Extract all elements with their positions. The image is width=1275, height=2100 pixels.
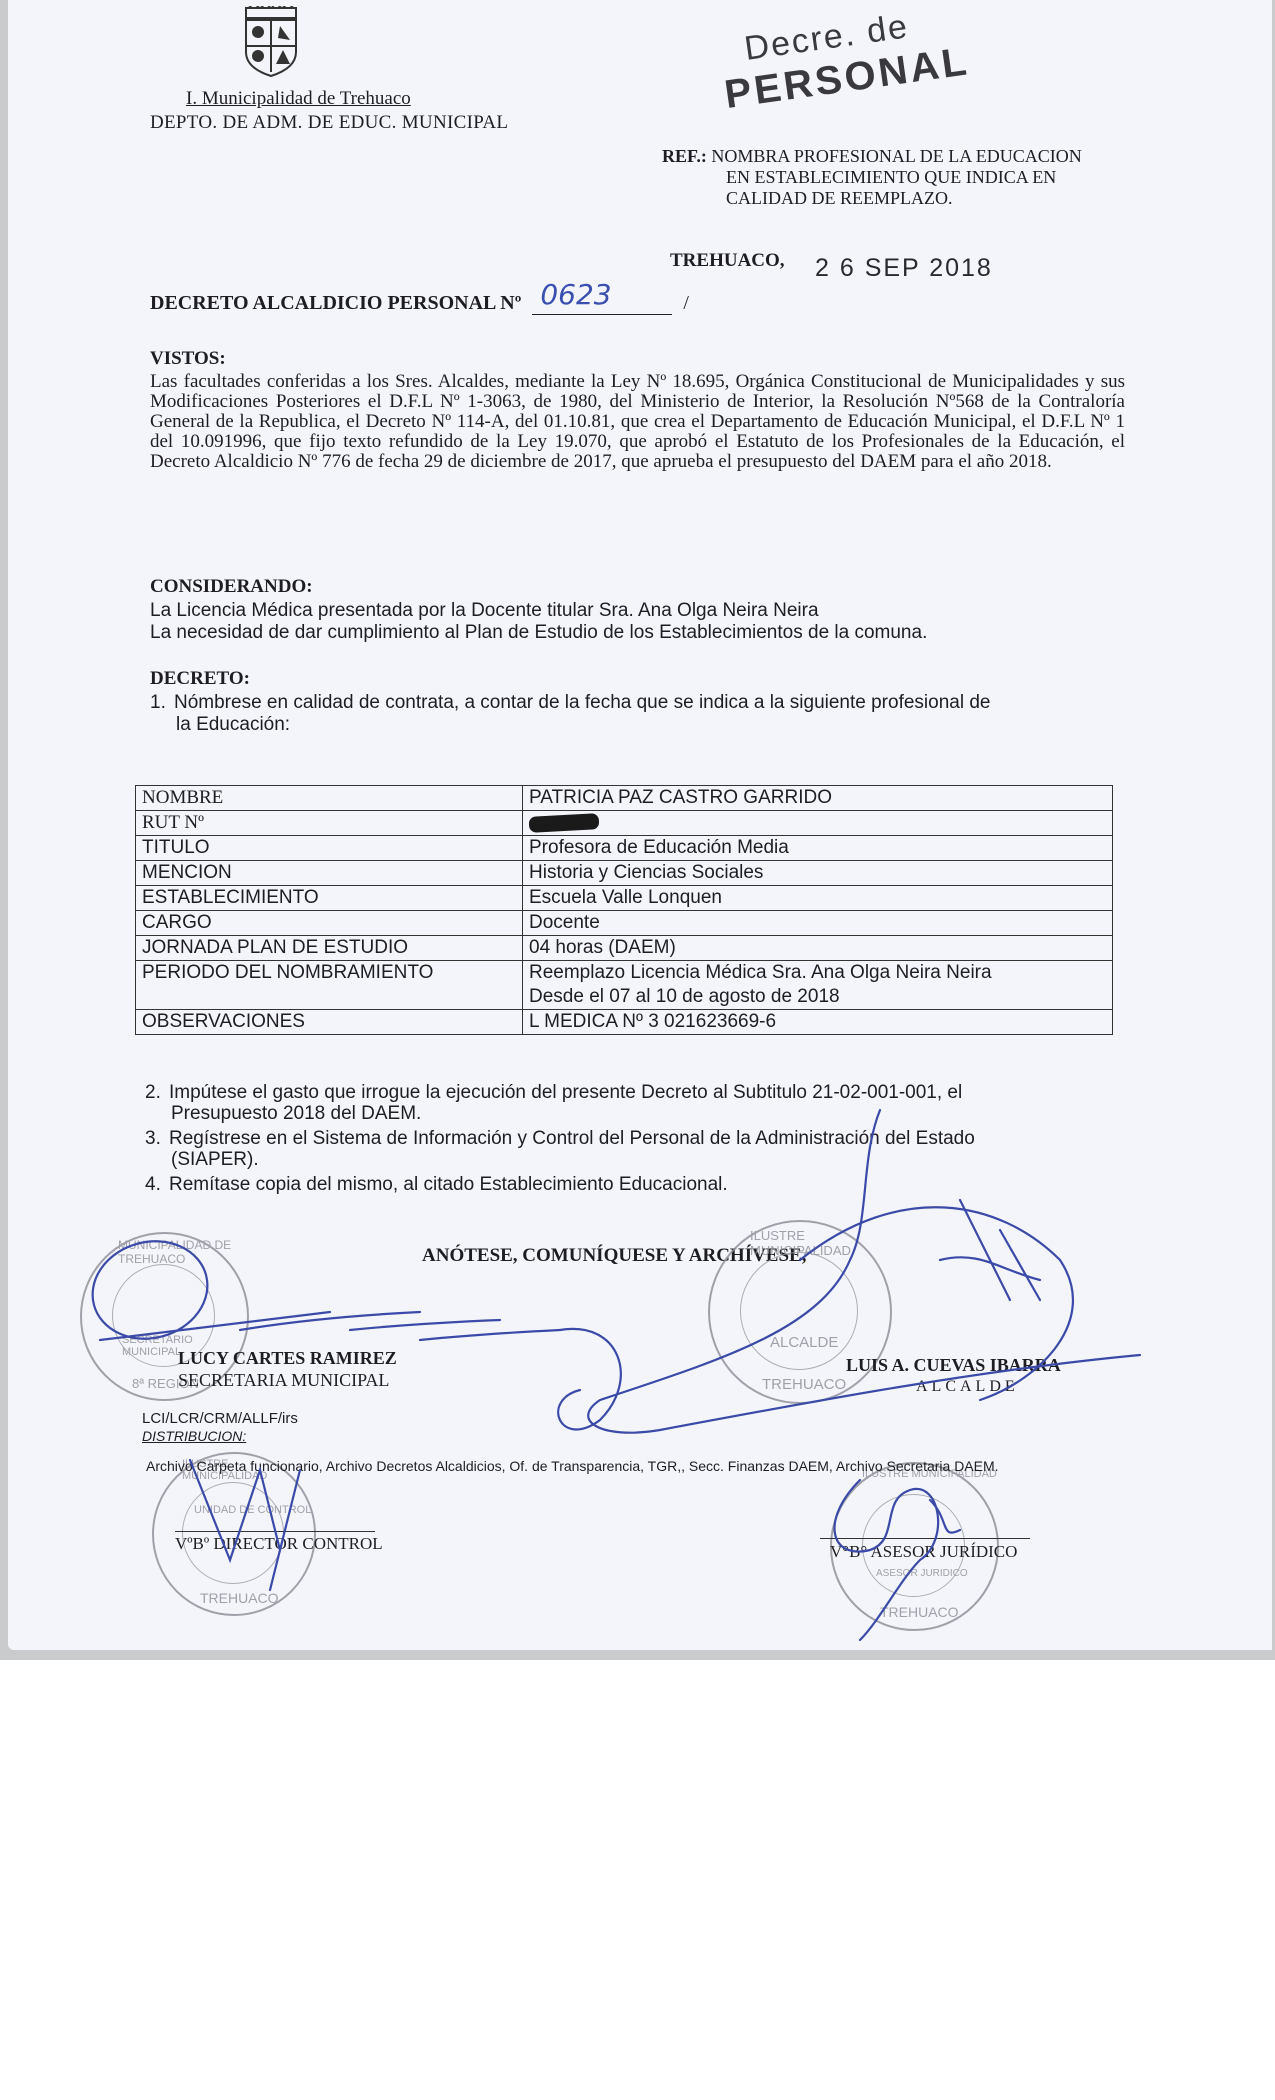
handwritten-signatures-icon bbox=[0, 0, 1275, 1660]
